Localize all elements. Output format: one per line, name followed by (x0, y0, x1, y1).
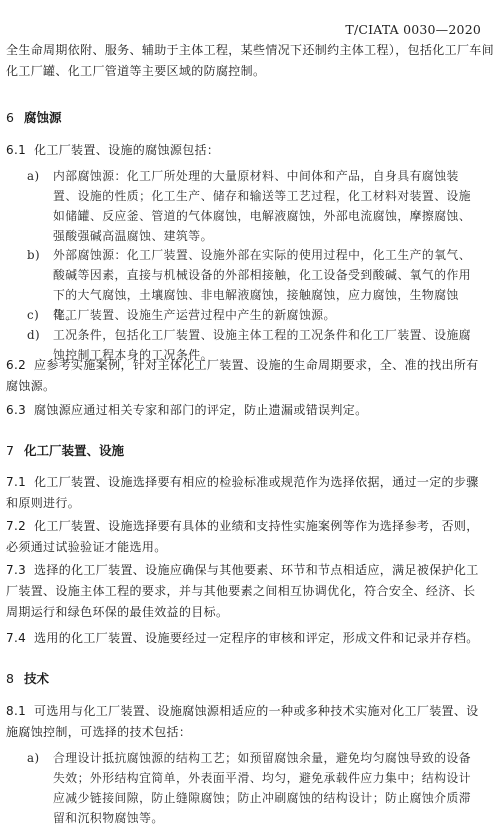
clause-number: 8.1 (6, 701, 34, 722)
section-8-heading: 8技术 (6, 669, 49, 687)
section-6-heading: 6腐蚀源 (6, 108, 62, 126)
list-marker: d) (27, 325, 49, 345)
list-marker: a) (27, 748, 49, 768)
section-title: 化工厂装置、设施 (24, 443, 124, 458)
clause-6-3: 6.3腐蚀源应通过相关专家和部门的评定，防止遗漏或错误判定。 (6, 400, 484, 421)
clause-7-3: 7.3选择的化工厂装置、设施应确保与其他要素、环节和节点相适应，满足被保护化工厂… (6, 560, 484, 623)
clause-text: 选择的化工厂装置、设施应确保与其他要素、环节和节点相适应，满足被保护化工厂装置、… (6, 563, 479, 619)
section-number: 8 (6, 671, 24, 686)
clause-text: 选用的化工厂装置、设施要经过一定程序的审核和评定，形成文件和记录并存档。 (34, 631, 479, 645)
section-title: 腐蚀源 (24, 110, 62, 125)
clause-number: 6.3 (6, 400, 34, 421)
list-item-text: 合理设计抵抗腐蚀源的结构工艺；如预留腐蚀余量，避免均匀腐蚀导致的设备失效；外形结… (53, 748, 481, 826)
clause-text: 应参考实施案例，针对主体化工厂装置、设施的生命周期要求，全、准的找出所有腐蚀源。 (6, 358, 479, 393)
clause-7-1: 7.1化工厂装置、设施选择要有相应的检验标准或规范作为选择依据，通过一定的步骤和… (6, 472, 484, 514)
clause-number: 7.4 (6, 628, 34, 649)
clause-text: 可选用与化工厂装置、设施腐蚀源相适应的一种或多种技术实施对化工厂装置、设施腐蚀控… (6, 704, 479, 739)
clause-number: 6.1 (6, 140, 34, 161)
clause-number: 7.1 (6, 472, 34, 493)
clause-7-4: 7.4选用的化工厂装置、设施要经过一定程序的审核和评定，形成文件和记录并存档。 (6, 628, 484, 649)
clause-text: 化工厂装置、设施选择要有相应的检验标准或规范作为选择依据，通过一定的步骤和原则进… (6, 475, 479, 510)
clause-6-1: 6.1化工厂装置、设施的腐蚀源包括： (6, 140, 484, 161)
clause-text: 化工厂装置、设施的腐蚀源包括： (34, 143, 219, 157)
clause-6-2: 6.2应参考实施案例，针对主体化工厂装置、设施的生命周期要求，全、准的找出所有腐… (6, 355, 484, 397)
document-page: T/CIATA 0030—2020 全生命周期依附、服务、辅助于主体工程，某些情… (0, 0, 493, 826)
list-item-text: 内部腐蚀源：化工厂所处理的大量原材料、中间体和产品，自身具有腐蚀装置、设施的性质… (53, 166, 481, 246)
clause-text: 腐蚀源应通过相关专家和部门的评定，防止遗漏或错误判定。 (34, 403, 367, 417)
clause-number: 7.2 (6, 516, 34, 537)
clause-8-1: 8.1可选用与化工厂装置、设施腐蚀源相适应的一种或多种技术实施对化工厂装置、设施… (6, 701, 484, 743)
list-item-8-1-a: a) 合理设计抵抗腐蚀源的结构工艺；如预留腐蚀余量，避免均匀腐蚀导致的设备失效；… (27, 748, 481, 826)
list-marker: b) (27, 245, 49, 265)
list-item-6-1-a: a) 内部腐蚀源：化工厂所处理的大量原材料、中间体和产品，自身具有腐蚀装置、设施… (27, 166, 481, 246)
section-title: 技术 (24, 671, 49, 686)
list-item-6-1-c: c) 化工厂装置、设施生产运营过程中产生的新腐蚀源。 (27, 305, 481, 325)
intro-line-2: 化工厂罐、化工厂管道等主要区域的防腐控制。 (6, 63, 484, 79)
document-code: T/CIATA 0030—2020 (345, 22, 481, 37)
intro-line-1: 全生命周期依附、服务、辅助于主体工程，某些情况下还制约主体工程），包括化工厂车间… (6, 42, 484, 58)
section-7-heading: 7化工厂装置、设施 (6, 441, 124, 459)
section-number: 6 (6, 110, 24, 125)
list-marker: c) (27, 305, 49, 325)
clause-text: 化工厂装置、设施选择要有具体的业绩和支持性实施案例等作为选择参考，否则，必须通过… (6, 519, 479, 554)
clause-number: 7.3 (6, 560, 34, 581)
clause-number: 6.2 (6, 355, 34, 376)
clause-7-2: 7.2化工厂装置、设施选择要有具体的业绩和支持性实施案例等作为选择参考，否则，必… (6, 516, 484, 558)
list-item-text: 化工厂装置、设施生产运营过程中产生的新腐蚀源。 (53, 305, 481, 325)
section-number: 7 (6, 443, 24, 458)
list-marker: a) (27, 166, 49, 186)
